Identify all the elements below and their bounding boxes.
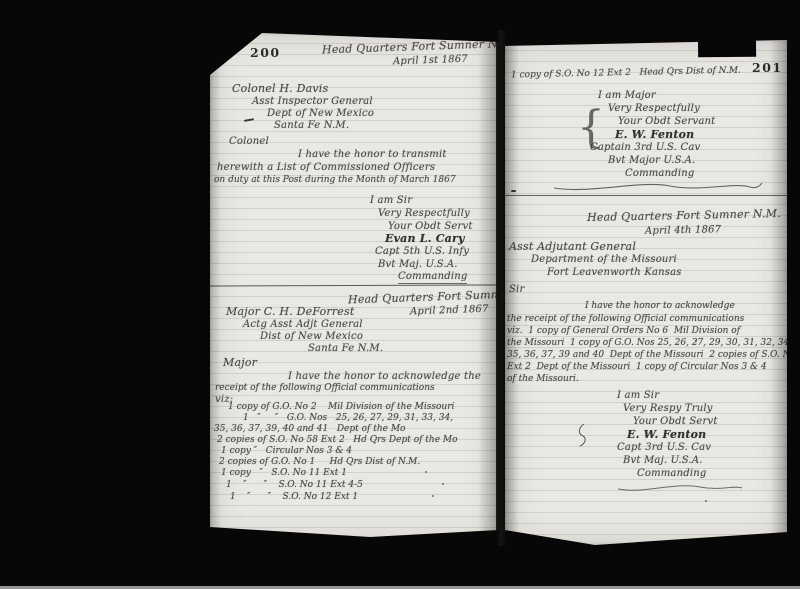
letter1-salutation: Colonel bbox=[229, 136, 269, 147]
letter1-closing-line: Commanding bbox=[398, 271, 467, 284]
letter1-closing-line: Your Obdt Servt bbox=[388, 221, 473, 232]
letter2-list-line: 1 ″ ″ G.O. Nos 25, 26, 27, 29, 31, 33, 3… bbox=[243, 413, 453, 424]
letter2-list-line: 1 ″ ″ S.O. No 12 Ext 1 bbox=[230, 492, 358, 503]
ink-squiggle-mark bbox=[575, 422, 589, 448]
ink-speck bbox=[695, 340, 697, 342]
letter2-list-line: 1 copy ″ S.O. No 11 Ext 1 bbox=[221, 468, 347, 479]
letter1-body-line: herewith a List of Commissioned Officers bbox=[217, 162, 435, 173]
letter2-body-line: receipt of the following Official commun… bbox=[215, 383, 435, 394]
ledger-page-201: 201 1 copy of S.O. No 12 Ext 2 Head Qrs … bbox=[505, 40, 787, 545]
letter3-closing-line: Very Respy Truly bbox=[623, 403, 713, 414]
letter2-closing-line: Commanding bbox=[625, 168, 694, 179]
letter2-signature: E. W. Fenton bbox=[615, 129, 694, 140]
ledger-page-200: 200 Head Quarters Fort Sumner N.M. April… bbox=[210, 33, 498, 543]
letter2-address-line: Actg Asst Adjt General bbox=[243, 319, 363, 330]
letter3-place: Head Quarters Fort Sumner N.M. bbox=[587, 208, 781, 223]
ink-speck bbox=[425, 471, 427, 473]
ink-brace-mark: { bbox=[577, 106, 605, 150]
letter1-address-line: Colonel H. Davis bbox=[232, 83, 328, 94]
letter3-closing-line: I am Sir bbox=[617, 390, 659, 401]
letter2-closing-line: Bvt Major U.S.A. bbox=[608, 155, 695, 166]
margin-tick-mark bbox=[511, 190, 516, 192]
letter3-closing-line: Commanding bbox=[637, 468, 706, 479]
letter3-body-line: the Missouri 1 copy of G.O. Nos 25, 26, … bbox=[507, 338, 792, 349]
letter3-body-line: I have the honor to acknowledge bbox=[585, 301, 735, 312]
letter2-closing-line: I am Major bbox=[598, 90, 656, 101]
letter-separator-rule bbox=[505, 195, 787, 196]
ink-speck bbox=[442, 483, 444, 485]
film-notch bbox=[698, 28, 756, 58]
page-number-201: 201 bbox=[752, 60, 783, 75]
letter2-closing-line: Captain 3rd U.S. Cav bbox=[590, 142, 700, 153]
letter1-body-line: I have the honor to transmit bbox=[298, 149, 447, 160]
letter1-address-line: Asst Inspector General bbox=[252, 96, 373, 107]
letter3-body-line: Ext 2 Dept of the Missouri 1 copy of Cir… bbox=[507, 362, 767, 373]
letter3-body-line: 35, 36, 37, 39 and 40 Dept of the Missou… bbox=[507, 350, 800, 361]
letter3-body-line: viz. 1 copy of General Orders No 6 Mil D… bbox=[507, 326, 740, 337]
ink-dash-mark bbox=[244, 118, 254, 122]
letter2-list-line-continued: 1 copy of S.O. No 12 Ext 2 Head Qrs Dist… bbox=[511, 66, 741, 82]
letter2-closing-line: Your Obdt Servant bbox=[618, 116, 715, 127]
letter1-body-line: on duty at this Post during the Month of… bbox=[214, 175, 456, 186]
letter1-closing-line: Capt 5th U.S. Infy bbox=[375, 246, 469, 257]
letter2-list-line: 1 ″ ″ S.O. No 11 Ext 4-5 bbox=[226, 480, 363, 491]
letter3-signature: E. W. Fenton bbox=[627, 429, 706, 440]
letter2-list-line: 1 copy of G.O. No 2 Mil Division of the … bbox=[228, 402, 454, 413]
letter3-salutation: Sir bbox=[509, 284, 524, 295]
letter2-salutation: Major bbox=[223, 357, 257, 368]
letter1-address-line: Dept of New Mexico bbox=[267, 108, 374, 119]
signature-flourish bbox=[550, 179, 765, 195]
letter2-address-line: Santa Fe N.M. bbox=[308, 343, 383, 354]
letter2-date: April 2nd 1867 bbox=[410, 304, 489, 318]
letter2-list-line: 1 copy ″ Circular Nos 3 & 4 bbox=[221, 446, 352, 457]
page-number-200: 200 bbox=[250, 45, 281, 60]
letter2-body-line: I have the honor to acknowledge the bbox=[288, 371, 481, 382]
letter1-signature: Evan L. Cary bbox=[385, 233, 465, 244]
microfilm-scan: 200 Head Quarters Fort Sumner N.M. April… bbox=[0, 0, 800, 589]
letter3-closing-line: Capt 3rd U.S. Cav bbox=[617, 442, 711, 453]
letter3-body-line: the receipt of the following Official co… bbox=[507, 314, 744, 325]
letter3-address-line: Asst Adjutant General bbox=[509, 241, 636, 252]
letter2-address-line: Major C. H. DeForrest bbox=[226, 306, 355, 317]
ink-speck bbox=[432, 495, 434, 497]
letter3-address-line: Fort Leavenworth Kansas bbox=[547, 267, 682, 278]
letter1-date: April 1st 1867 bbox=[393, 54, 468, 68]
letter1-closing-line: I am Sir bbox=[370, 195, 412, 206]
letter3-address-line: Department of the Missouri bbox=[531, 254, 677, 265]
letter3-body-line: of the Missouri. bbox=[507, 374, 579, 385]
signature-flourish bbox=[615, 481, 745, 495]
letter1-address-line: Santa Fe N.M. bbox=[274, 120, 349, 131]
letter1-closing-line: Bvt Maj. U.S.A. bbox=[378, 259, 458, 270]
letter-separator-rule bbox=[210, 284, 498, 286]
letter2-address-line: Dist of New Mexico bbox=[260, 331, 363, 342]
letter2-list-line: 2 copies of S.O. No 58 Ext 2 Hd Qrs Dept… bbox=[217, 435, 458, 446]
letter1-place: Head Quarters Fort Sumner N.M. bbox=[322, 38, 516, 56]
letter2-list-line: 2 copies of G.O. No 1 Hd Qrs Dist of N.M… bbox=[219, 457, 420, 468]
letter3-closing-line: Your Obdt Servt bbox=[633, 416, 718, 427]
letter1-closing-line: Very Respectfully bbox=[378, 208, 470, 219]
letter3-date: April 4th 1867 bbox=[645, 224, 721, 237]
letter2-closing-line: Very Respectfully bbox=[608, 103, 700, 114]
ink-speck bbox=[705, 500, 707, 502]
letter2-list-line: 35, 36, 37, 39, 40 and 41 Dept of the Mo bbox=[214, 424, 405, 435]
letter3-closing-line: Bvt Maj. U.S.A. bbox=[623, 455, 703, 466]
